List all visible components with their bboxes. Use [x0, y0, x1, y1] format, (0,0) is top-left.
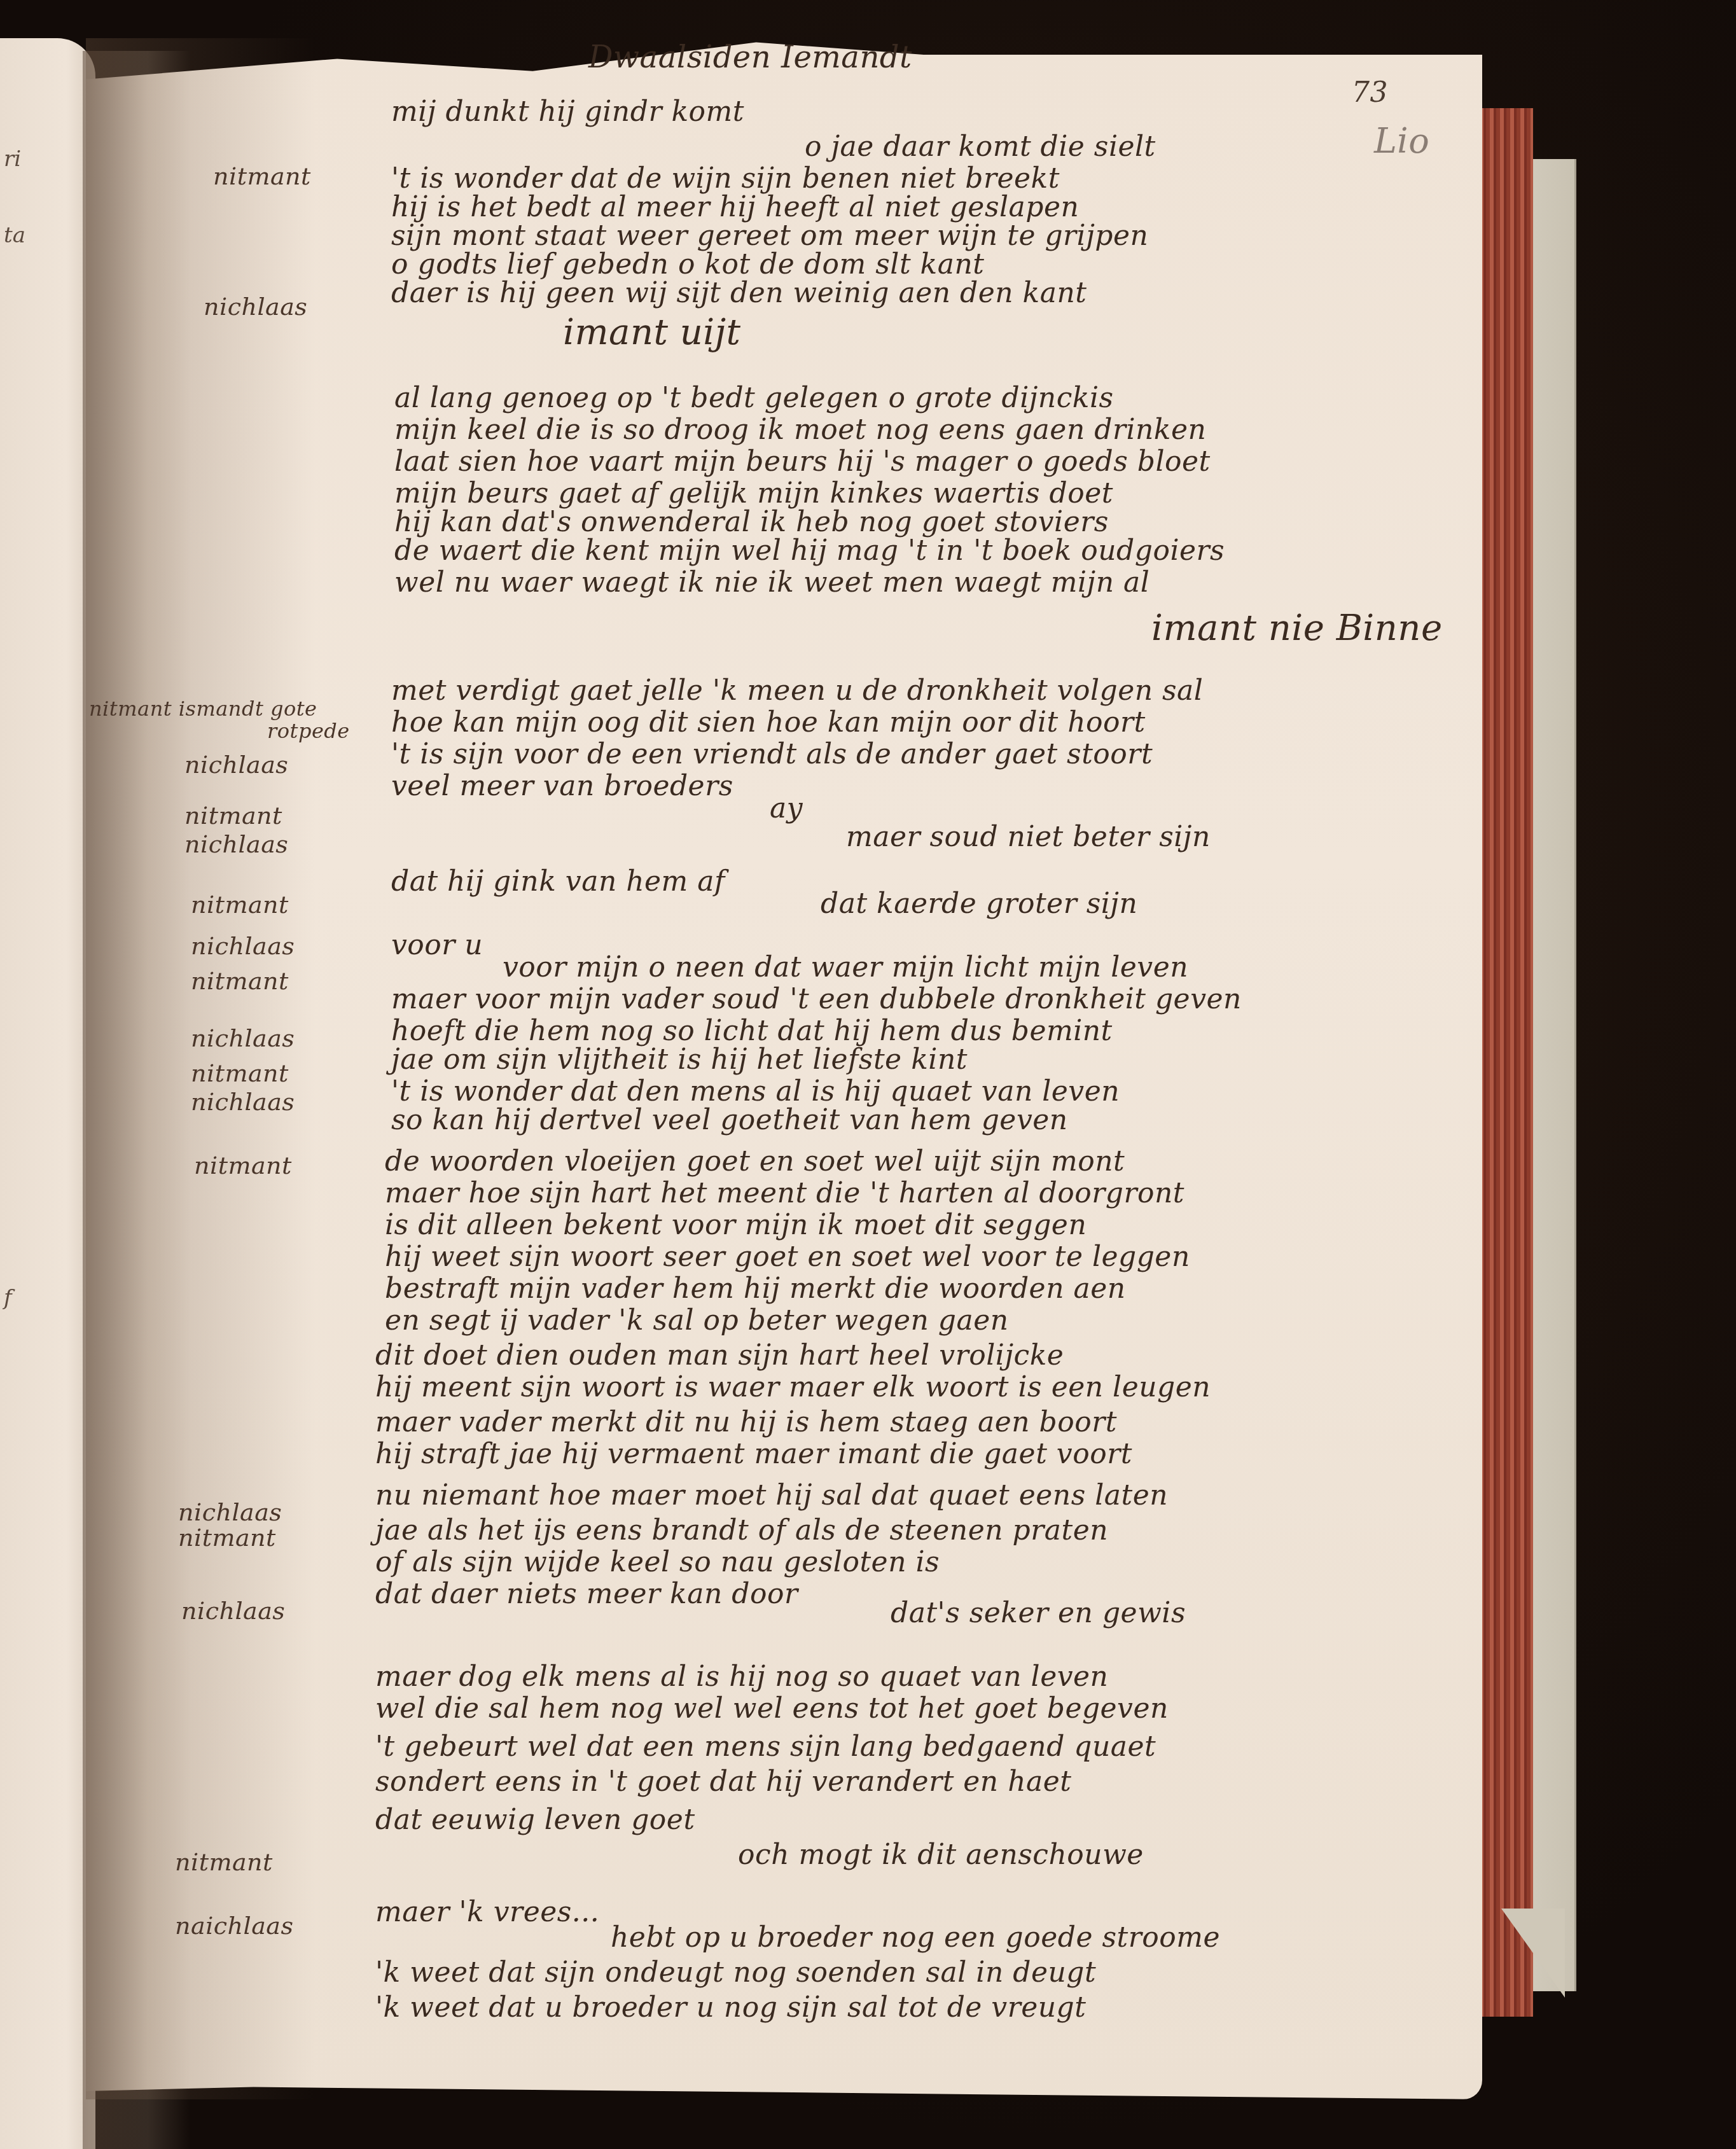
speaker-label: nichlaas	[184, 751, 288, 779]
verse-line: dat hij gink van hem af	[391, 865, 725, 898]
verse-line: hij is het bedt al meer hij heeft al nie…	[391, 191, 1079, 223]
verse-line: maer soud niet beter sijn	[846, 821, 1211, 853]
speaker-label: nitmant	[175, 1848, 273, 1876]
verse-line: hij meent sijn woort is waer maer elk wo…	[375, 1371, 1211, 1403]
verse-line: wel die sal hem nog wel wel eens tot het…	[375, 1692, 1169, 1725]
verse-line: 'k weet dat u broeder u nog sijn sal tot…	[375, 1991, 1086, 2024]
verse-line: jae als het ijs eens brandt of als de st…	[375, 1514, 1108, 1547]
verse-line: och mogt ik dit aenschouwe	[738, 1839, 1144, 1871]
binding-gutter	[83, 51, 191, 2149]
speaker-label: nitmant	[184, 802, 282, 830]
verse-line: met verdigt gaet jelle 'k meen u de dron…	[391, 674, 1203, 707]
page-number: 73	[1352, 76, 1388, 109]
verse-line: hij weet sijn woort seer goet en soet we…	[385, 1241, 1190, 1273]
verse-line: hoe kan mijn oog dit sien hoe kan mijn o…	[391, 706, 1146, 739]
speaker-label: nichlaas	[191, 932, 295, 960]
verse-line: daer is hij geen wij sijt den weinig aen…	[391, 277, 1087, 309]
verse-line: dat eeuwig leven goet	[375, 1804, 695, 1836]
verse-line: maer hoe sijn hart het meent die 't hart…	[385, 1177, 1184, 1209]
cover-corner-fold	[1501, 1909, 1565, 1998]
speaker-label: nitmant	[178, 1524, 276, 1552]
verse-line: de waert die kent mijn wel hij mag 't in…	[394, 534, 1225, 567]
speaker-label: nichlaas	[178, 1498, 282, 1526]
verse-line: hij straft jae hij vermaent maer imant d…	[375, 1438, 1132, 1470]
speaker-label: rotpede	[267, 719, 350, 743]
stage-direction: imant uijt	[563, 312, 741, 353]
speaker-label: nichlaas	[204, 293, 307, 321]
verse-line: maer vader merkt dit nu hij is hem staeg…	[375, 1406, 1117, 1438]
verse-line: sijn mont staat weer gereet om meer wijn…	[391, 219, 1148, 252]
verse-line: bestraft mijn vader hem hij merkt die wo…	[385, 1272, 1126, 1305]
verse-line: so kan hij dertvel veel goetheit van hem…	[391, 1104, 1068, 1136]
folio-mark: Lio	[1374, 121, 1429, 161]
verse-line: voor u	[391, 929, 483, 961]
speaker-label: naichlaas	[175, 1912, 294, 1940]
verse-line: en segt ij vader 'k sal op beter wegen g…	[385, 1304, 1009, 1337]
verse-line: de woorden vloeijen goet en soet wel uij…	[385, 1145, 1125, 1178]
speaker-label: nitmant	[191, 891, 289, 919]
verse-line: dat daer niets meer kan door	[375, 1578, 798, 1610]
speaker-label: nitmant	[213, 162, 311, 190]
previous-page-mark: f	[4, 1285, 12, 1311]
verse-line: o godts lief gebedn o kot de dom slt kan…	[391, 248, 985, 281]
speaker-label: nitmant	[194, 1151, 292, 1179]
speaker-label: nichlaas	[184, 830, 288, 858]
verse-line: mij dunkt hij gindr komt	[391, 95, 744, 128]
verse-line: ay	[770, 792, 803, 824]
verse-line: is dit alleen bekent voor mijn ik moet d…	[385, 1209, 1087, 1241]
verse-line: voor mijn o neen dat waer mijn licht mij…	[503, 951, 1188, 984]
verse-line: dat's seker en gewis	[891, 1597, 1186, 1629]
verse-line: jae om sijn vlijtheit is hij het liefste…	[391, 1043, 968, 1076]
verse-line: maer voor mijn vader soud 't een dubbele…	[391, 983, 1242, 1015]
verse-line: 't is wonder dat den mens al is hij quae…	[391, 1075, 1120, 1108]
verse-line: dat kaerde groter sijn	[821, 887, 1137, 920]
stage-direction: imant nie Binne	[1151, 608, 1443, 649]
red-fore-edge	[1476, 108, 1533, 2017]
verse-line: 't gebeurt wel dat een mens sijn lang be…	[375, 1730, 1156, 1763]
verse-line: hoeft die hem nog so licht dat hij hem d…	[391, 1015, 1113, 1047]
previous-page-mark: ri	[4, 146, 21, 172]
verse-line: laat sien hoe vaart mijn beurs hij 's ma…	[394, 445, 1211, 478]
verse-line: of als sijn wijde keel so nau gesloten i…	[375, 1546, 940, 1578]
verse-line: veel meer van broeders	[391, 770, 733, 802]
verse-line: o jae daar komt die sielt	[805, 130, 1156, 163]
verse-line: al lang genoeg op 't bedt gelegen o grot…	[394, 382, 1114, 414]
speaker-label: nitmant	[191, 967, 289, 995]
speaker-label: nitmant	[191, 1059, 289, 1087]
verse-line: 't is sijn voor de een vriendt als de an…	[391, 738, 1153, 770]
running-head: Dwaalsiden Iemandt	[588, 39, 912, 75]
speaker-label: nichlaas	[191, 1088, 295, 1116]
verse-line: sondert eens in 't goet dat hij verander…	[375, 1765, 1072, 1798]
verse-line: wel nu waer waegt ik nie ik weet men wae…	[394, 566, 1149, 599]
verse-line: dit doet dien ouden man sijn hart heel v…	[375, 1339, 1064, 1372]
verse-line: maer dog elk mens al is hij nog so quaet…	[375, 1660, 1108, 1693]
previous-page-mark: ta	[4, 223, 25, 248]
verse-line: hij kan dat's onwenderal ik heb nog goet…	[394, 506, 1109, 538]
previous-page-edge: ri ta f	[0, 38, 95, 2149]
verse-line: mijn keel die is so droog ik moet nog ee…	[394, 414, 1206, 446]
speaker-label: nitmant ismandt gote	[89, 697, 317, 721]
verse-line: 't is wonder dat de wijn sijn benen niet…	[391, 162, 1060, 195]
verse-line: 'k weet dat sijn ondeugt nog soenden sal…	[375, 1956, 1096, 1989]
verse-line: mijn beurs gaet af gelijk mijn kinkes wa…	[394, 477, 1113, 510]
verse-line: hebt op u broeder nog een goede stroome	[611, 1921, 1220, 1954]
verse-line: nu niemant hoe maer moet hij sal dat qua…	[375, 1479, 1168, 1512]
speaker-label: nichlaas	[191, 1024, 295, 1052]
verse-line: maer 'k vrees...	[375, 1896, 599, 1928]
speaker-label: nichlaas	[181, 1597, 285, 1625]
